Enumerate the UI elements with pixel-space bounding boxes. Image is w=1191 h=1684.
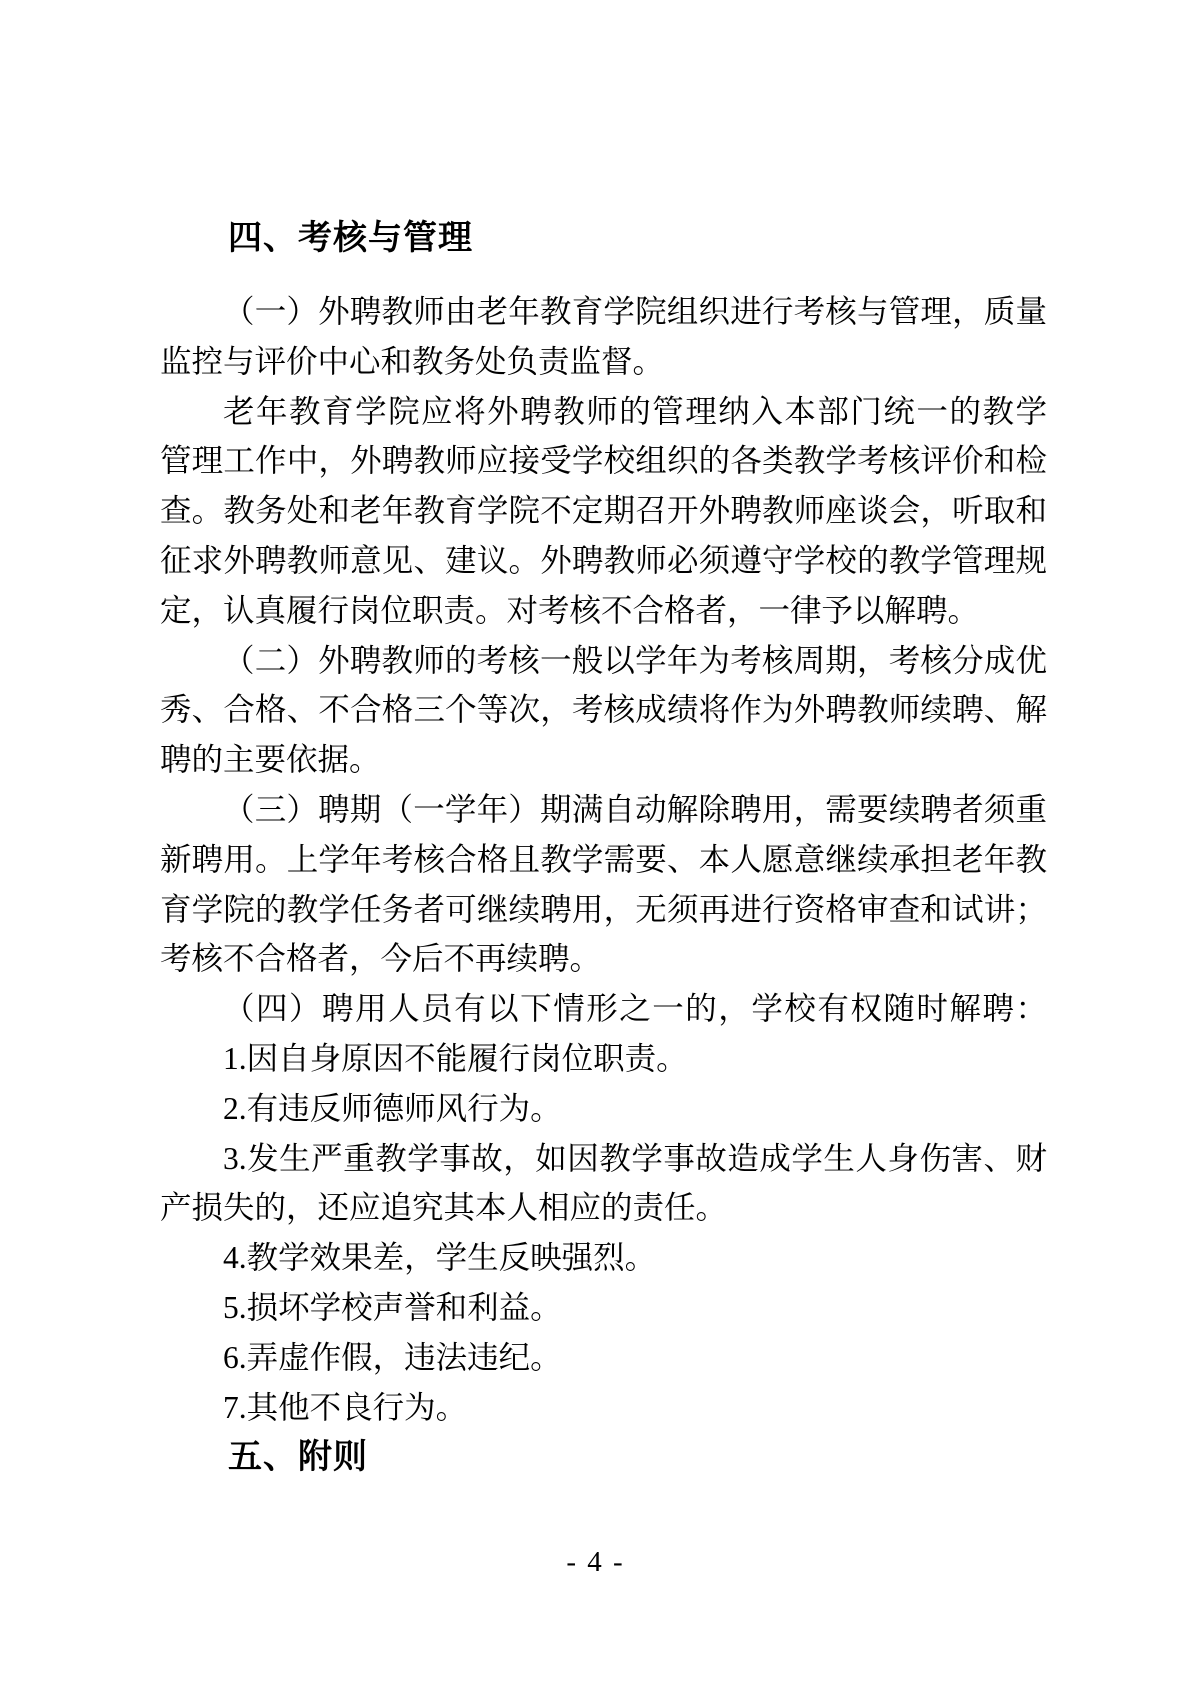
body-line: 5.损坏学校声誉和利益。: [160, 1283, 1047, 1333]
section-heading-5: 五、附则: [160, 1432, 1047, 1482]
body-line: 聘的主要依据。: [160, 735, 1047, 785]
body-line: 征求外聘教师意见、建议。外聘教师必须遵守学校的教学管理规: [160, 536, 1047, 586]
body-line: 查。教务处和老年教育学院不定期召开外聘教师座谈会，听取和: [160, 486, 1047, 536]
body-line: 7.其他不良行为。: [160, 1383, 1047, 1433]
document-body: 四、考核与管理 （一）外聘教师由老年教育学院组织进行考核与管理，质量 监控与评价…: [160, 213, 1047, 1482]
body-line: 监控与评价中心和教务处负责监督。: [160, 337, 1047, 387]
body-line: 6.弄虚作假，违法违纪。: [160, 1333, 1047, 1383]
body-line: 4.教学效果差，学生反映强烈。: [160, 1233, 1047, 1283]
body-line: 定，认真履行岗位职责。对考核不合格者，一律予以解聘。: [160, 586, 1047, 636]
body-line: （二）外聘教师的考核一般以学年为考核周期，考核分成优: [160, 636, 1047, 686]
body-line: 2.有违反师德师风行为。: [160, 1084, 1047, 1134]
body-line: 秀、合格、不合格三个等次，考核成绩将作为外聘教师续聘、解: [160, 685, 1047, 735]
body-line: 老年教育学院应将外聘教师的管理纳入本部门统一的教学: [160, 387, 1047, 437]
page-number: - 4 -: [0, 1544, 1191, 1580]
body-line: 1.因自身原因不能履行岗位职责。: [160, 1034, 1047, 1084]
body-line: 3.发生严重教学事故，如因教学事故造成学生人身伤害、财: [160, 1134, 1047, 1184]
body-line: 考核不合格者，今后不再续聘。: [160, 934, 1047, 984]
body-line: （三）聘期（一学年）期满自动解除聘用，需要续聘者须重: [160, 785, 1047, 835]
body-line: （一）外聘教师由老年教育学院组织进行考核与管理，质量: [160, 287, 1047, 337]
section-heading-4: 四、考核与管理: [160, 213, 1047, 263]
body-line: 育学院的教学任务者可继续聘用，无须再进行资格审查和试讲；: [160, 885, 1047, 935]
document-page: 四、考核与管理 （一）外聘教师由老年教育学院组织进行考核与管理，质量 监控与评价…: [0, 0, 1191, 1684]
body-line: （四）聘用人员有以下情形之一的，学校有权随时解聘：: [160, 984, 1047, 1034]
body-line: 产损失的，还应追究其本人相应的责任。: [160, 1183, 1047, 1233]
body-line: 新聘用。上学年考核合格且教学需要、本人愿意继续承担老年教: [160, 835, 1047, 885]
body-line: 管理工作中，外聘教师应接受学校组织的各类教学考核评价和检: [160, 436, 1047, 486]
